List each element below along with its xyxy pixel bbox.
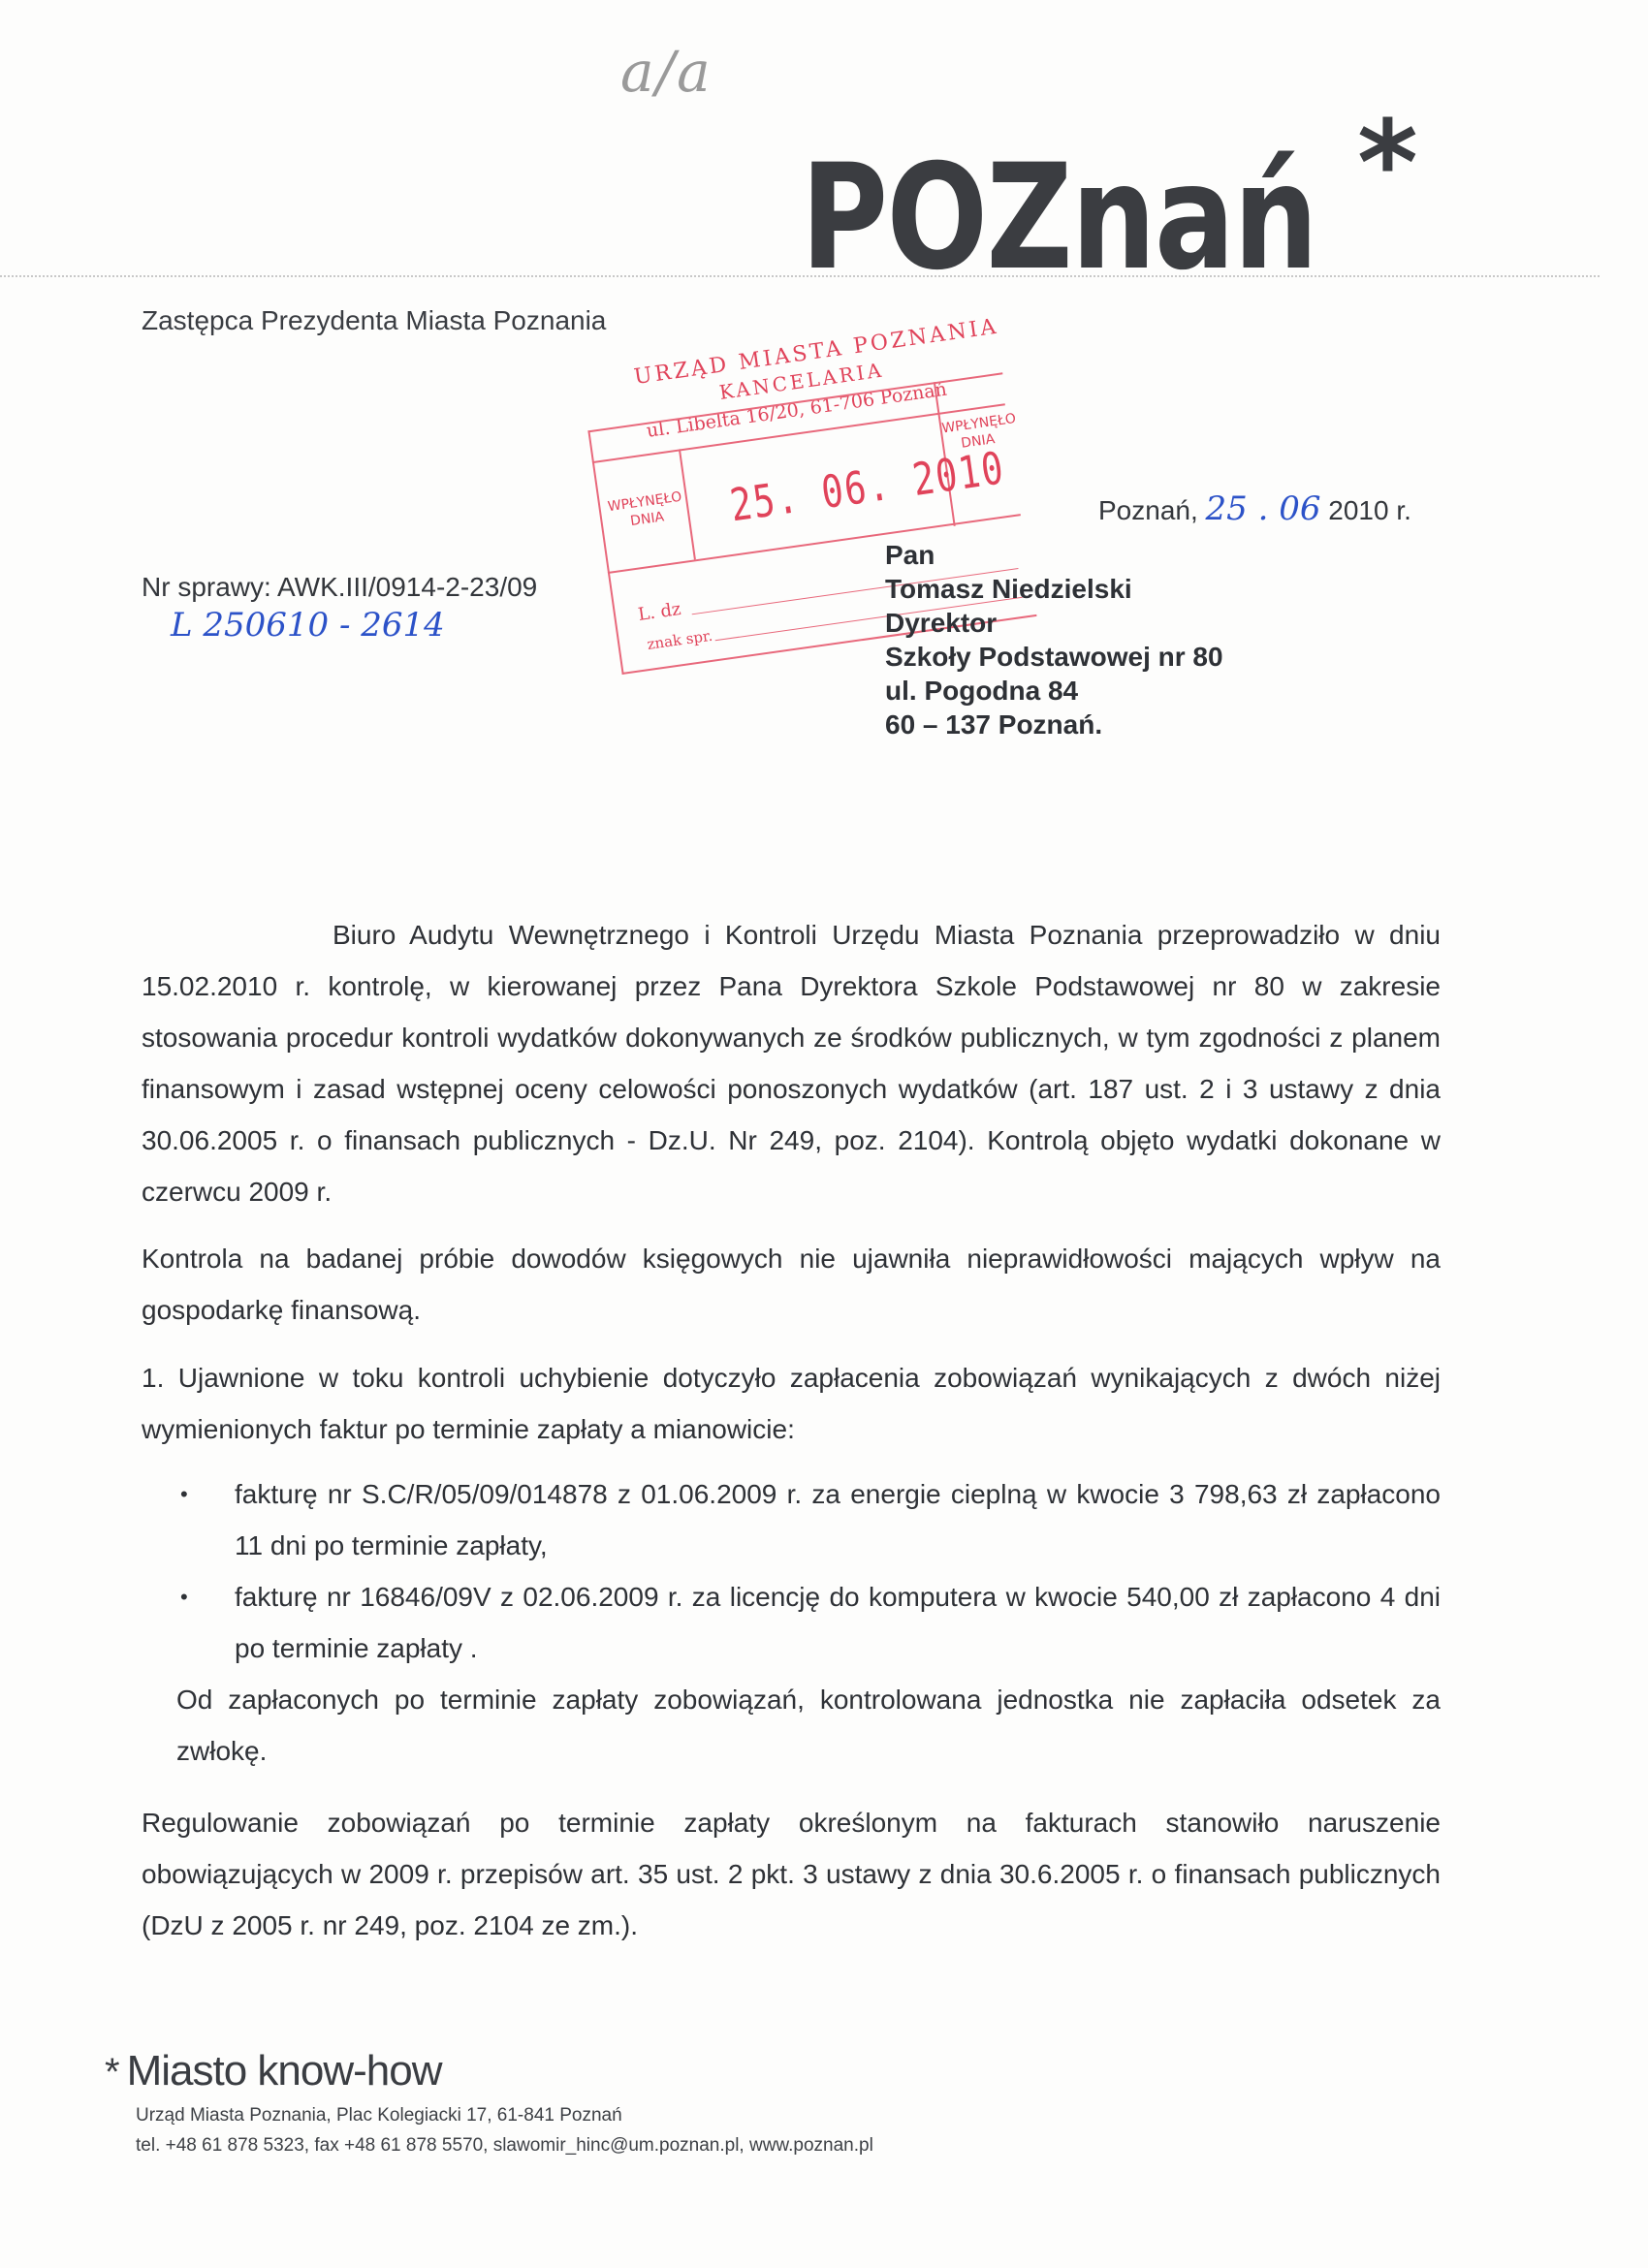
- footer-address: Urząd Miasta Poznania, Plac Kolegiacki 1…: [136, 2105, 622, 2126]
- date-year: 2010 r.: [1328, 495, 1411, 525]
- logo-asterisk-icon: *: [1357, 107, 1418, 223]
- point-text: Ujawnione w toku kontroli uchybienie dot…: [142, 1363, 1441, 1444]
- letter-date: Poznań, 25 . 06 2010 r.: [1098, 489, 1411, 528]
- invoice-list-item: • fakturę nr 16846/09V z 02.06.2009 r. z…: [180, 1571, 1441, 1674]
- case-number: Nr sprawy: AWK.III/0914-2-23/09: [142, 572, 537, 603]
- recipient-address: Pan Tomasz Niedzielski Dyrektor Szkoły P…: [885, 538, 1223, 741]
- date-handwritten: 25 . 06: [1206, 489, 1321, 528]
- recipient-name: Tomasz Niedzielski: [885, 572, 1223, 606]
- footer-brand: *Miasto know-how: [105, 2047, 441, 2095]
- bullet-icon: •: [180, 1468, 235, 1571]
- invoice-text: fakturę nr 16846/09V z 02.06.2009 r. za …: [235, 1571, 1441, 1674]
- invoice-list: • fakturę nr S.C/R/05/09/014878 z 01.06.…: [180, 1468, 1441, 1674]
- body-paragraph-interest: Od zapłaconych po terminie zapłaty zobow…: [176, 1674, 1441, 1777]
- body-paragraph-audit: Biuro Audytu Wewnętrznego i Kontroli Urz…: [142, 909, 1441, 1217]
- logo-text: POZnań: [801, 160, 1316, 276]
- body-paragraph-violation: Regulowanie zobowiązań po terminie zapła…: [142, 1797, 1441, 1951]
- asterisk-icon: *: [105, 2051, 119, 2094]
- bullet-icon: •: [180, 1571, 235, 1674]
- case-handwritten-number: L 250610 - 2614: [171, 606, 445, 645]
- date-place: Poznań,: [1098, 495, 1198, 525]
- point-number: 1.: [142, 1363, 164, 1393]
- paragraph-text: Biuro Audytu Wewnętrznego i Kontroli Urz…: [142, 920, 1441, 1207]
- handwritten-annotation: a/a: [620, 39, 713, 105]
- recipient-institution: Szkoły Podstawowej nr 80: [885, 640, 1223, 674]
- body-paragraph-finding: Kontrola na badanej próbie dowodów księg…: [142, 1233, 1441, 1336]
- recipient-salutation: Pan: [885, 538, 1223, 572]
- header-divider: [0, 275, 1600, 277]
- footer-contact: tel. +48 61 878 5323, fax +48 61 878 557…: [136, 2135, 873, 2157]
- body-point-1: 1. Ujawnione w toku kontroli uchybienie …: [142, 1352, 1441, 1455]
- recipient-city: 60 – 137 Poznań.: [885, 708, 1223, 741]
- recipient-position: Dyrektor: [885, 606, 1223, 640]
- invoice-list-item: • fakturę nr S.C/R/05/09/014878 z 01.06.…: [180, 1468, 1441, 1571]
- footer-slogan: Miasto know-how: [127, 2047, 442, 2095]
- poznan-logo: POZnań: [801, 141, 1430, 276]
- invoice-text: fakturę nr S.C/R/05/09/014878 z 01.06.20…: [235, 1468, 1441, 1571]
- sender-title: Zastępca Prezydenta Miasta Poznania: [142, 305, 606, 336]
- recipient-street: ul. Pogodna 84: [885, 674, 1223, 708]
